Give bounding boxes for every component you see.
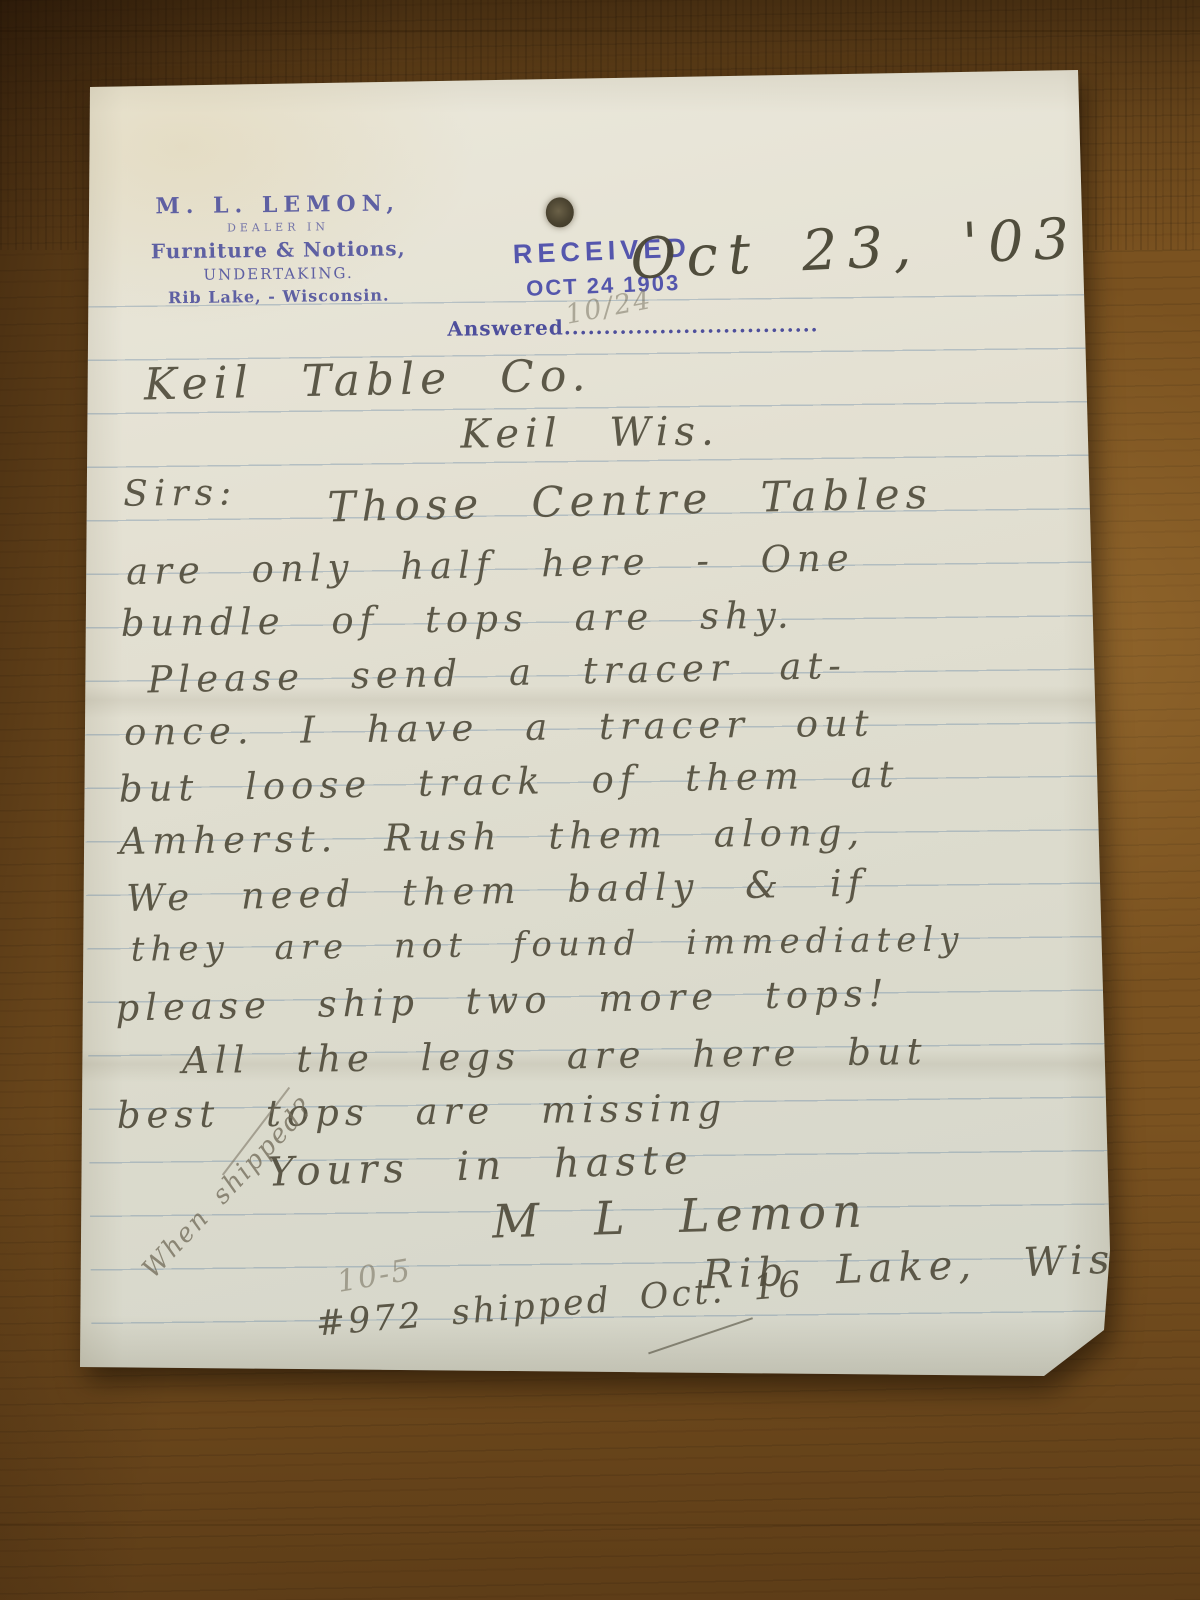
answered-label: Answered [447,315,564,340]
wood-plank-seam-bottom [0,1524,1200,1526]
letter-paper: M. L. LEMON, DEALER IN Furniture & Notio… [78,68,1118,1380]
salutation: Sirs: [123,472,237,514]
letterhead-dealer-line: DEALER IN [150,219,406,235]
letter-paper-shadow-wrap: M. L. LEMON, DEALER IN Furniture & Notio… [78,68,1118,1380]
letterhead-undertaking-line: UNDERTAKING. [150,263,406,284]
wood-plank-seam-top [0,30,1200,32]
body-line-5: once. I have a tracer out [124,702,875,754]
grommet-hole [546,197,574,227]
letterhead-business-line: Furniture & Notions, [150,236,406,263]
recipient-line-1: Keil Table Co. [143,350,592,410]
body-line-12: best tops are missing [117,1086,728,1136]
signature: M L Lemon [491,1183,868,1248]
letterhead-block: M. L. LEMON, DEALER IN Furniture & Notio… [150,190,407,307]
letterhead-name: M. L. LEMON, [150,190,406,219]
body-line-11: All the legs are here but [182,1030,928,1082]
recipient-line-2: Keil Wis. [460,408,720,457]
handwritten-date: Oct 23, '03 [629,206,1081,292]
letter-content: M. L. LEMON, DEALER IN Furniture & Notio… [70,62,1126,1387]
body-line-7: Amherst. Rush them along, [119,811,865,863]
body-line-3: bundle of tops are shy. [121,594,795,645]
photo-of-letter-on-wood-table: { "letterhead": { "name": "M. L. LEMON,"… [0,0,1200,1600]
letterhead-location-line: Rib Lake, - Wisconsin. [151,285,407,307]
